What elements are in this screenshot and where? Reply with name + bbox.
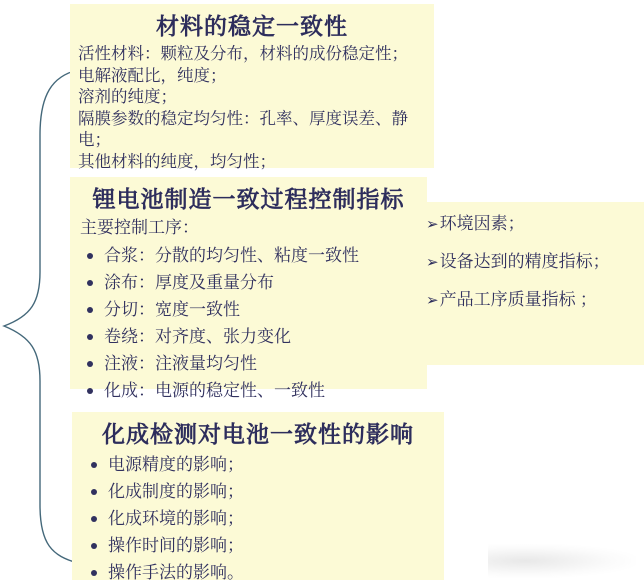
process-bullet: 分切：宽度一致性 bbox=[76, 296, 421, 323]
materials-line: 隔膜参数的稳定均匀性：孔率、厚度误差、静电； bbox=[78, 108, 426, 151]
process-bullet-text: 注液：注液量均匀性 bbox=[104, 354, 257, 373]
bullet-dot-icon bbox=[91, 462, 97, 468]
formation-bullet-text: 操作手法的影响。 bbox=[108, 563, 244, 580]
watermark bbox=[488, 544, 636, 578]
materials-line: 电解液配比，纯度； bbox=[78, 65, 426, 87]
bullet-dot-icon bbox=[87, 334, 93, 340]
formation-box-title: 化成检测对电池一致性的影响 bbox=[80, 416, 436, 449]
materials-line: 活性材料：颗粒及分布，材料的成份稳定性； bbox=[78, 43, 426, 65]
bullet-dot-icon bbox=[87, 253, 93, 259]
process-box-title: 锂电池制造一致过程控制指标 bbox=[76, 181, 421, 214]
formation-bullet-text: 电源精度的影响； bbox=[108, 455, 244, 474]
bullet-dot-icon bbox=[91, 570, 97, 576]
formation-bullet: 化成环境的影响； bbox=[80, 505, 436, 532]
formation-box: 化成检测对电池一致性的影响 电源精度的影响； 化成制度的影响； 化成环境的影响；… bbox=[72, 412, 444, 580]
factor-item: ➢产品工序质量指标 ； bbox=[426, 290, 644, 311]
materials-box-title: 材料的稳定一致性 bbox=[78, 8, 426, 41]
arrowhead-icon: ➢ bbox=[426, 293, 439, 309]
factor-item: ➢环境因素； bbox=[426, 214, 644, 235]
bullet-dot-icon bbox=[87, 361, 93, 367]
bullet-dot-icon bbox=[91, 516, 97, 522]
process-bullet: 涂布：厚度及重量分布 bbox=[76, 269, 421, 296]
materials-line: 溶剂的纯度； bbox=[78, 86, 426, 108]
factor-item: ➢设备达到的精度指标； bbox=[426, 252, 644, 273]
formation-bullet: 化成制度的影响； bbox=[80, 478, 436, 505]
process-bullet: 注液：注液量均匀性 bbox=[76, 350, 421, 377]
materials-box-lines: 活性材料：颗粒及分布，材料的成份稳定性； 电解液配比，纯度； 溶剂的纯度； 隔膜… bbox=[78, 43, 426, 172]
arrowhead-icon: ➢ bbox=[426, 217, 439, 233]
process-bullet-text: 化成：电源的稳定性、一致性 bbox=[104, 381, 325, 400]
bullet-dot-icon bbox=[87, 388, 93, 394]
bullet-dot-icon bbox=[87, 307, 93, 313]
factor-item-text: 设备达到的精度指标； bbox=[440, 252, 610, 271]
process-bullet-text: 合浆：分散的均匀性、粘度一致性 bbox=[104, 246, 359, 265]
formation-bullet-text: 操作时间的影响； bbox=[108, 536, 244, 555]
process-bullet: 合浆：分散的均匀性、粘度一致性 bbox=[76, 242, 421, 269]
process-bullet-list: 合浆：分散的均匀性、粘度一致性 涂布：厚度及重量分布 分切：宽度一致性 卷绕：对… bbox=[76, 242, 421, 404]
arrowhead-icon: ➢ bbox=[426, 255, 439, 271]
materials-box: 材料的稳定一致性 活性材料：颗粒及分布，材料的成份稳定性； 电解液配比，纯度； … bbox=[70, 4, 434, 168]
bullet-dot-icon bbox=[91, 543, 97, 549]
bullet-dot-icon bbox=[91, 489, 97, 495]
process-box-intro: 主要控制工序： bbox=[80, 216, 421, 240]
factors-box: ➢环境因素； ➢设备达到的精度指标； ➢产品工序质量指标 ； bbox=[422, 202, 644, 365]
process-bullet: 化成：电源的稳定性、一致性 bbox=[76, 377, 421, 404]
formation-bullet-text: 化成环境的影响； bbox=[108, 509, 244, 528]
formation-bullet-text: 化成制度的影响； bbox=[108, 482, 244, 501]
formation-bullet: 操作时间的影响； bbox=[80, 532, 436, 559]
materials-line: 其他材料的纯度，均匀性； bbox=[78, 151, 426, 173]
process-bullet: 卷绕：对齐度、张力变化 bbox=[76, 323, 421, 350]
process-bullet-text: 分切：宽度一致性 bbox=[104, 300, 240, 319]
bullet-dot-icon bbox=[87, 280, 93, 286]
formation-bullet-list: 电源精度的影响； 化成制度的影响； 化成环境的影响； 操作时间的影响； 操作手法… bbox=[80, 451, 436, 580]
factor-item-text: 环境因素； bbox=[440, 214, 525, 233]
formation-bullet: 电源精度的影响； bbox=[80, 451, 436, 478]
process-bullet-text: 涂布：厚度及重量分布 bbox=[104, 273, 274, 292]
factor-item-text: 产品工序质量指标 ； bbox=[440, 290, 597, 309]
slide-canvas: 材料的稳定一致性 活性材料：颗粒及分布，材料的成份稳定性； 电解液配比，纯度； … bbox=[0, 0, 644, 580]
process-bullet-text: 卷绕：对齐度、张力变化 bbox=[104, 327, 291, 346]
formation-bullet: 操作手法的影响。 bbox=[80, 559, 436, 580]
process-box: 锂电池制造一致过程控制指标 主要控制工序： 合浆：分散的均匀性、粘度一致性 涂布… bbox=[70, 177, 427, 389]
